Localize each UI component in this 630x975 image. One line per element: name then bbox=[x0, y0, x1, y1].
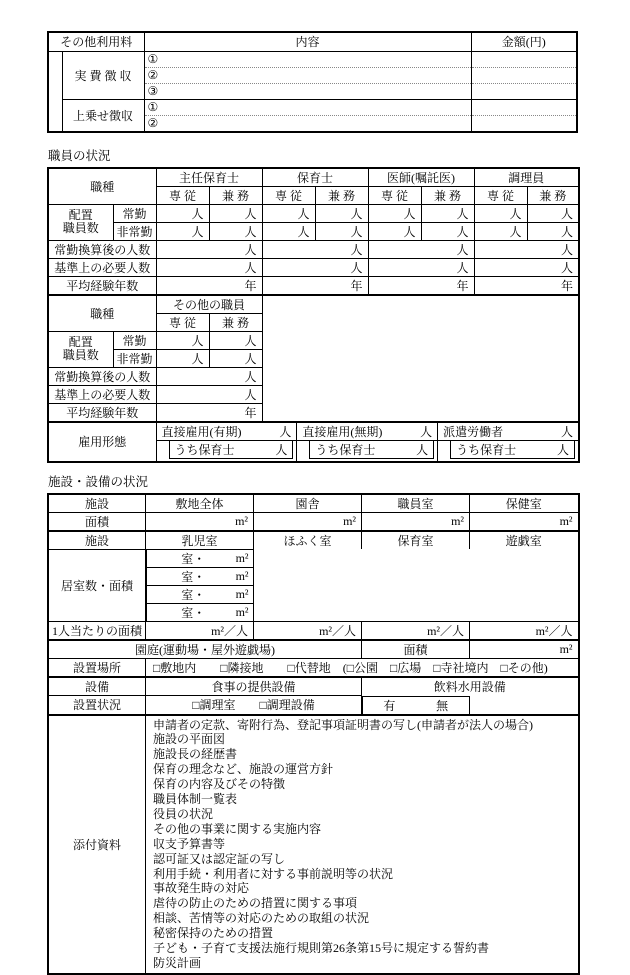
fees-header-amount: 金額(円) bbox=[471, 32, 577, 51]
person-unit-cell: 人 bbox=[156, 385, 262, 403]
status-no: 無 bbox=[436, 697, 448, 714]
placement-count-label: 配置 職員数 bbox=[48, 204, 113, 240]
person-unit-cell: 人 bbox=[368, 240, 474, 258]
employment-group: 直接雇用(有期) 人 うち保育士 人 bbox=[157, 423, 298, 461]
attachment-item: 事故発生時の対応 bbox=[153, 881, 575, 896]
parttime-label: 非常勤 bbox=[113, 222, 156, 240]
concurrent-header: 兼 務 bbox=[527, 186, 579, 204]
rooms-area-cell: 室・ m² bbox=[146, 549, 254, 567]
staff-table: 職種 主任保育士 保育士 医師(嘱託医) 調理員 専 従 兼 務 専 従 兼 務… bbox=[47, 167, 580, 463]
person-unit-cell: 人 bbox=[209, 331, 262, 349]
employment-type: 派遣労働者 bbox=[443, 423, 503, 440]
dedicated-header: 専 従 bbox=[474, 186, 527, 204]
attachment-item: 認可証又は認定証の写し bbox=[153, 852, 575, 867]
attachment-item: 保育の理念など、施設の運営方針 bbox=[153, 762, 575, 777]
rooms-area-label: 居室数・面積 bbox=[48, 549, 146, 622]
required-label: 基準上の必要人数 bbox=[48, 385, 156, 403]
form-page: その他利用料 内容 金額(円) 実 費 徴 収 ① ② ③ 上乗せ徴収 ① ② bbox=[0, 0, 630, 975]
room-name-cell: 園舎 bbox=[254, 494, 362, 513]
area-label: 面積 bbox=[48, 512, 146, 531]
parttime-label: 非常勤 bbox=[113, 349, 156, 367]
attachment-item: 秘密保持のための措置 bbox=[153, 926, 575, 941]
room-count-unit: 室・ bbox=[151, 604, 236, 621]
status-options-cell: □調理室 □調理設備 bbox=[146, 696, 362, 715]
room-name-cell: 敷地全体 bbox=[146, 494, 254, 513]
person-unit-cell: 人 bbox=[156, 258, 262, 276]
attachment-item: 職員体制一覧表 bbox=[153, 792, 575, 807]
person-unit: 人 bbox=[279, 423, 291, 440]
employment-type: 直接雇用(有期) bbox=[162, 423, 242, 440]
per-person-unit-cell: m²／人 bbox=[470, 622, 579, 641]
employment-sub-box: うち保育士 人 bbox=[169, 441, 294, 459]
person-unit-cell: 人 bbox=[421, 204, 474, 222]
person-unit-cell: 人 bbox=[156, 222, 209, 240]
m2-unit: m² bbox=[236, 569, 249, 584]
rooms-area-cell: 室・ m² bbox=[146, 567, 254, 585]
person-unit-cell: 人 bbox=[474, 222, 527, 240]
person-unit: 人 bbox=[420, 423, 432, 440]
employment-sub-label: うち保育士 bbox=[175, 441, 235, 458]
placement-label-line2: 職員数 bbox=[52, 349, 110, 362]
staff-group-header: 医師(嘱託医) bbox=[368, 168, 474, 187]
staff-group-header: 主任保育士 bbox=[156, 168, 262, 187]
attachments-label: 添付資料 bbox=[48, 715, 146, 974]
dedicated-header: 専 従 bbox=[368, 186, 421, 204]
attachment-item: 子ども・子育て支援法施行規則第26条第15号に規定する誓約書 bbox=[153, 941, 575, 956]
status-yes: 有 bbox=[383, 697, 395, 714]
person-unit-cell: 人 bbox=[315, 222, 368, 240]
employment-type: 直接雇用(無期) bbox=[302, 423, 382, 440]
dedicated-header: 専 従 bbox=[156, 313, 209, 331]
other-staff-group-header: その他の職員 bbox=[156, 295, 262, 314]
attachment-item: 防災計画 bbox=[153, 956, 575, 971]
year-unit-cell: 年 bbox=[156, 276, 262, 295]
employment-sub-box: うち保育士 人 bbox=[450, 441, 575, 459]
per-person-unit-cell: m²／人 bbox=[254, 622, 362, 641]
person-unit-cell: 人 bbox=[156, 367, 262, 385]
person-unit: 人 bbox=[275, 441, 287, 458]
attachment-item: 役員の状況 bbox=[153, 807, 575, 822]
area-unit-cell: m² bbox=[470, 640, 579, 659]
fees-group2-label: 上乗せ徴収 bbox=[62, 99, 144, 132]
equipment-food-header: 食事の提供設備 bbox=[146, 677, 362, 696]
person-unit-cell: 人 bbox=[527, 204, 579, 222]
avg-years-label: 平均経験年数 bbox=[48, 403, 156, 422]
fees-header-label: その他利用料 bbox=[48, 32, 144, 51]
attachment-item: 利用手続・利用者に対する事前説明等の状況 bbox=[153, 867, 575, 882]
staff-group-header: 調理員 bbox=[474, 168, 579, 187]
fees-header-content: 内容 bbox=[144, 32, 471, 51]
fulltime-label: 常勤 bbox=[113, 331, 156, 349]
person-unit-cell: 人 bbox=[527, 222, 579, 240]
room-name-cell: 保健室 bbox=[470, 494, 579, 513]
facility-header-label: 施設 bbox=[48, 531, 146, 550]
staff-section-title: 職員の状況 bbox=[48, 146, 630, 164]
dedicated-header: 専 従 bbox=[262, 186, 315, 204]
attachment-item: 施設長の経歴書 bbox=[153, 747, 575, 762]
location-label: 設置場所 bbox=[48, 659, 146, 678]
status-label: 設置状況 bbox=[48, 696, 146, 715]
room-count-unit: 室・ bbox=[151, 550, 236, 567]
person-unit-cell: 人 bbox=[474, 258, 579, 276]
fee-item-cell: ② bbox=[144, 115, 471, 132]
room-name-cell: 職員室 bbox=[362, 494, 470, 513]
attachments-list: 申請者の定款、寄附行為、登記事項証明書の写し(申請者が法人の場合) 施設の平面図… bbox=[146, 715, 579, 974]
person-unit-cell: 人 bbox=[156, 204, 209, 222]
job-type-header: 職種 bbox=[48, 168, 156, 205]
year-unit-cell: 年 bbox=[474, 276, 579, 295]
fee-amount-cell bbox=[471, 99, 577, 115]
person-unit: 人 bbox=[561, 423, 573, 440]
facility-section-title: 施設・設備の状況 bbox=[48, 472, 630, 490]
person-unit-cell: 人 bbox=[156, 240, 262, 258]
area-unit-cell: m² bbox=[254, 512, 362, 531]
per-person-unit-cell: m²／人 bbox=[146, 622, 254, 641]
attachment-item: 施設の平面図 bbox=[153, 732, 575, 747]
fee-amount-cell bbox=[471, 51, 577, 67]
employment-sub-box: うち保育士 人 bbox=[309, 441, 434, 459]
person-unit: 人 bbox=[557, 441, 569, 458]
room-name-cell: 遊戯室 bbox=[470, 531, 579, 550]
employment-sub-label: うち保育士 bbox=[456, 441, 516, 458]
area-unit-cell: m² bbox=[146, 512, 254, 531]
dedicated-header: 専 従 bbox=[156, 186, 209, 204]
staff-group-header: 保育士 bbox=[262, 168, 368, 187]
employment-group: 直接雇用(無期) 人 うち保育士 人 bbox=[297, 423, 438, 461]
per-person-unit-cell: m²／人 bbox=[362, 622, 470, 641]
person-unit-cell: 人 bbox=[209, 222, 262, 240]
person-unit-cell: 人 bbox=[262, 222, 315, 240]
person-unit-cell: 人 bbox=[421, 222, 474, 240]
m2-unit: m² bbox=[236, 605, 249, 620]
placement-count-label: 配置 職員数 bbox=[48, 331, 113, 367]
fee-item-cell: ② bbox=[144, 67, 471, 83]
room-name-cell: 乳児室 bbox=[146, 531, 254, 550]
garden-area-label: 面積 bbox=[362, 640, 470, 659]
attachment-item: その他の事業に関する実施内容 bbox=[153, 822, 575, 837]
year-unit-cell: 年 bbox=[262, 276, 368, 295]
attachment-item: 保育の内容及びその特徴 bbox=[153, 777, 575, 792]
equipment-label: 設備 bbox=[48, 677, 146, 696]
person-unit-cell: 人 bbox=[156, 349, 209, 367]
avg-years-label: 平均経験年数 bbox=[48, 276, 156, 295]
fte-label: 常勤換算後の人数 bbox=[48, 367, 156, 385]
required-label: 基準上の必要人数 bbox=[48, 258, 156, 276]
fee-item-cell: ① bbox=[144, 99, 471, 115]
person-unit-cell: 人 bbox=[368, 222, 421, 240]
person-unit-cell: 人 bbox=[474, 240, 579, 258]
person-unit-cell: 人 bbox=[315, 204, 368, 222]
employment-sub-label: うち保育士 bbox=[315, 441, 375, 458]
fees-group1-label: 実 費 徴 収 bbox=[62, 51, 144, 99]
garden-label: 園庭(運動場・屋外遊戯場) bbox=[48, 640, 362, 659]
person-unit-cell: 人 bbox=[262, 258, 368, 276]
fte-label: 常勤換算後の人数 bbox=[48, 240, 156, 258]
person-unit-cell: 人 bbox=[368, 258, 474, 276]
year-unit-cell: 年 bbox=[156, 403, 262, 422]
status-yes-no-cell: 有 無 bbox=[362, 696, 470, 714]
employment-groups: 直接雇用(有期) 人 うち保育士 人 直接雇用(無期) bbox=[157, 423, 579, 461]
person-unit: 人 bbox=[416, 441, 428, 458]
person-unit-cell: 人 bbox=[474, 204, 527, 222]
fee-item-cell: ① bbox=[144, 51, 471, 67]
employment-group: 派遣労働者 人 うち保育士 人 bbox=[438, 423, 578, 461]
person-unit-cell: 人 bbox=[262, 204, 315, 222]
employment-type-label: 雇用形態 bbox=[48, 422, 156, 462]
attachment-item: 申請者の定款、寄附行為、登記事項証明書の写し(申請者が法人の場合) bbox=[153, 718, 575, 733]
year-unit-cell: 年 bbox=[368, 276, 474, 295]
rooms-area-cell: 室・ m² bbox=[146, 585, 254, 603]
area-unit-cell: m² bbox=[470, 512, 579, 531]
fee-amount-cell bbox=[471, 83, 577, 99]
per-person-area-label: 1人当たりの面積 bbox=[48, 622, 146, 641]
room-name-cell: 保育室 bbox=[362, 531, 470, 550]
attachment-item: 虐待の防止のための措置に関する事項 bbox=[153, 896, 575, 911]
rooms-area-cell: 室・ m² bbox=[146, 603, 254, 621]
location-options-cell: □敷地内 □隣接地 □代替地 (□公園 □広場 □寺社境内 □その他) bbox=[146, 659, 579, 678]
room-count-unit: 室・ bbox=[151, 568, 236, 585]
facility-header-label: 施設 bbox=[48, 494, 146, 513]
equipment-drink-header: 飲料水用設備 bbox=[362, 677, 579, 696]
fee-amount-cell bbox=[471, 115, 577, 132]
fees-table: その他利用料 内容 金額(円) 実 費 徴 収 ① ② ③ 上乗せ徴収 ① ② bbox=[47, 31, 578, 133]
fulltime-label: 常勤 bbox=[113, 204, 156, 222]
concurrent-header: 兼 務 bbox=[315, 186, 368, 204]
m2-unit: m² bbox=[236, 587, 249, 602]
fee-amount-cell bbox=[471, 67, 577, 83]
person-unit-cell: 人 bbox=[368, 204, 421, 222]
concurrent-header: 兼 務 bbox=[209, 313, 262, 331]
room-count-unit: 室・ bbox=[151, 586, 236, 603]
concurrent-header: 兼 務 bbox=[421, 186, 474, 204]
room-name-cell: ほふく室 bbox=[254, 531, 362, 550]
person-unit-cell: 人 bbox=[156, 331, 209, 349]
placement-label-line2: 職員数 bbox=[52, 222, 110, 235]
person-unit-cell: 人 bbox=[209, 349, 262, 367]
blank-area bbox=[262, 295, 579, 422]
concurrent-header: 兼 務 bbox=[209, 186, 262, 204]
person-unit-cell: 人 bbox=[262, 240, 368, 258]
job-type-header: 職種 bbox=[48, 295, 156, 332]
fee-item-cell: ③ bbox=[144, 83, 471, 99]
fees-indent-cell bbox=[48, 51, 62, 132]
area-unit-cell: m² bbox=[362, 512, 470, 531]
m2-unit: m² bbox=[236, 551, 249, 566]
attachment-item: 収支予算書等 bbox=[153, 837, 575, 852]
person-unit-cell: 人 bbox=[209, 204, 262, 222]
employment-groups-cell: 直接雇用(有期) 人 うち保育士 人 直接雇用(無期) bbox=[156, 422, 579, 462]
attachment-item: 相談、苦情等の対応のための取組の状況 bbox=[153, 911, 575, 926]
